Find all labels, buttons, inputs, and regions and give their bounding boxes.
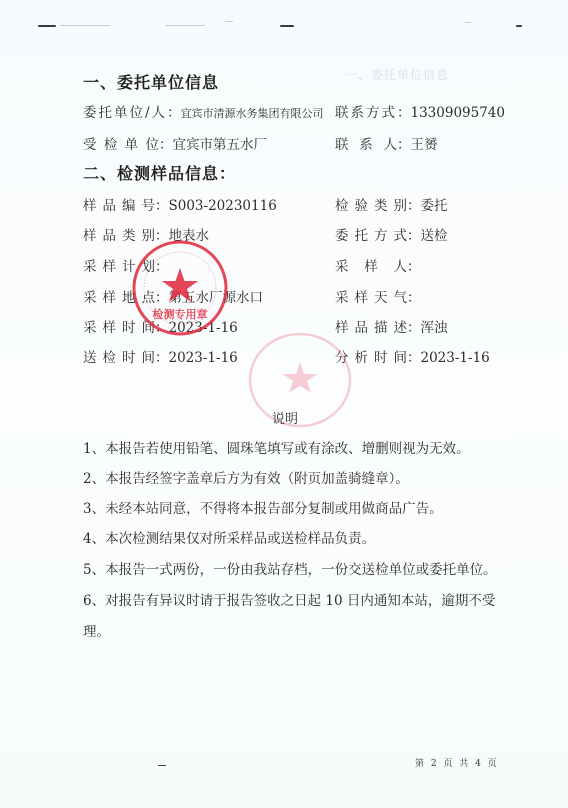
field-label: 联系人 — [335, 133, 397, 153]
field-label: 采样地点 — [83, 286, 155, 306]
field-sampling-time: 采样时间：2023-1-16 — [83, 316, 238, 336]
note-item: 5、本报告一式两份，一份由我站存档，一份交送检单位或委托单位。 — [83, 558, 497, 578]
field-label: 联系方式 — [335, 101, 397, 121]
note-item: 4、本次检测结果仅对所采样品或送检样品负责。 — [83, 527, 375, 547]
field-value: 第五水厂源水口 — [169, 286, 264, 306]
note-item: 2、本报告经签字盖章后方为有效（附页加盖骑缝章）。 — [83, 467, 409, 487]
section-title-client-info: 一、委托单位信息 — [83, 70, 219, 93]
field-value: S003-20230116 — [169, 198, 277, 214]
field-value: 2023-1-16 — [421, 350, 490, 366]
field-label: 委托方式 — [335, 224, 407, 244]
bleed-through-heading: 一、委托单位信息 — [345, 66, 449, 83]
field-value: 浑浊 — [421, 316, 448, 336]
note-item: 1、本报告若使用铅笔、圆珠笔填写或有涂改、增删则视为无效。 — [83, 437, 470, 457]
field-value: 13309095740 — [411, 105, 505, 121]
notes-title: 说明 — [272, 408, 298, 427]
field-sample-id: 样品编号：S003-20230116 — [83, 194, 277, 214]
field-label: 分析时间 — [335, 346, 407, 366]
field-inspection-type: 检验类别：委托 — [335, 194, 448, 214]
field-label: 样品编号 — [83, 194, 155, 214]
field-submission-time: 送检时间：2023-1-16 — [83, 346, 238, 366]
scan-artifact — [516, 25, 522, 27]
scan-artifact — [280, 25, 294, 27]
field-analysis-time: 分析时间：2023-1-16 — [335, 346, 490, 366]
field-sampling-plan: 采样计划： — [83, 255, 169, 275]
field-label: 送检时间 — [83, 346, 155, 366]
field-sample-type: 样品类别：地表水 — [83, 224, 209, 244]
scan-artifact — [158, 765, 166, 766]
field-value: 地表水 — [169, 224, 210, 244]
field-label: 采样计划 — [83, 255, 155, 275]
field-label: 采样时间 — [83, 316, 155, 336]
field-value: 王赟 — [411, 133, 438, 153]
field-value: 宜宾市第五水厂 — [173, 133, 268, 153]
field-client-unit: 委托单位/人：宜宾市清源水务集团有限公司 — [83, 101, 324, 121]
field-value: 委托 — [421, 194, 448, 214]
field-label: 受检单位 — [83, 133, 159, 153]
field-label: 检验类别 — [335, 194, 407, 214]
field-sampling-weather: 采样天气： — [335, 286, 421, 306]
field-inspected-unit: 受检单位：宜宾市第五水厂 — [83, 133, 267, 153]
report-page: 一、委托单位信息 一、委托单位信息 委托单位/人：宜宾市清源水务集团有限公司 联… — [0, 0, 568, 808]
field-contact-person: 联系人：王赟 — [335, 133, 438, 153]
scan-artifact — [465, 22, 471, 23]
scan-artifact — [165, 25, 205, 26]
field-sampler: 采样人： — [335, 255, 421, 275]
field-label: 委托单位/人 — [83, 101, 167, 121]
field-label: 样品描述 — [335, 316, 407, 336]
field-value: 宜宾市清源水务集团有限公司 — [181, 105, 324, 121]
field-value: 2023-1-16 — [169, 320, 238, 336]
field-sample-description: 样品描述：浑浊 — [335, 316, 448, 336]
field-contact-method: 联系方式：13309095740 — [335, 101, 505, 121]
scan-artifact — [60, 25, 110, 26]
page-indicator: 第 2 页 共 4 页 — [415, 756, 499, 769]
field-label: 样品类别 — [83, 224, 155, 244]
note-item: 3、未经本站同意，不得将本报告部分复制或用做商品广告。 — [83, 497, 443, 517]
field-value: 2023-1-16 — [169, 350, 238, 366]
section-title-sample-info: 二、检测样品信息： — [83, 161, 236, 184]
bleed-through-stamp — [245, 330, 355, 430]
field-label: 采样天气 — [335, 286, 407, 306]
scan-artifact — [38, 25, 56, 27]
scan-artifact — [225, 21, 233, 22]
field-label: 采样人 — [335, 255, 407, 275]
note-item: 6、对报告有异议时请于报告签收之日起 10 日内通知本站，逾期不受 — [83, 589, 495, 609]
field-sampling-location: 采样地点：第五水厂源水口 — [83, 286, 263, 306]
field-commission-method: 委托方式：送检 — [335, 224, 448, 244]
note-item: 理。 — [83, 620, 110, 640]
field-value: 送检 — [421, 224, 448, 244]
